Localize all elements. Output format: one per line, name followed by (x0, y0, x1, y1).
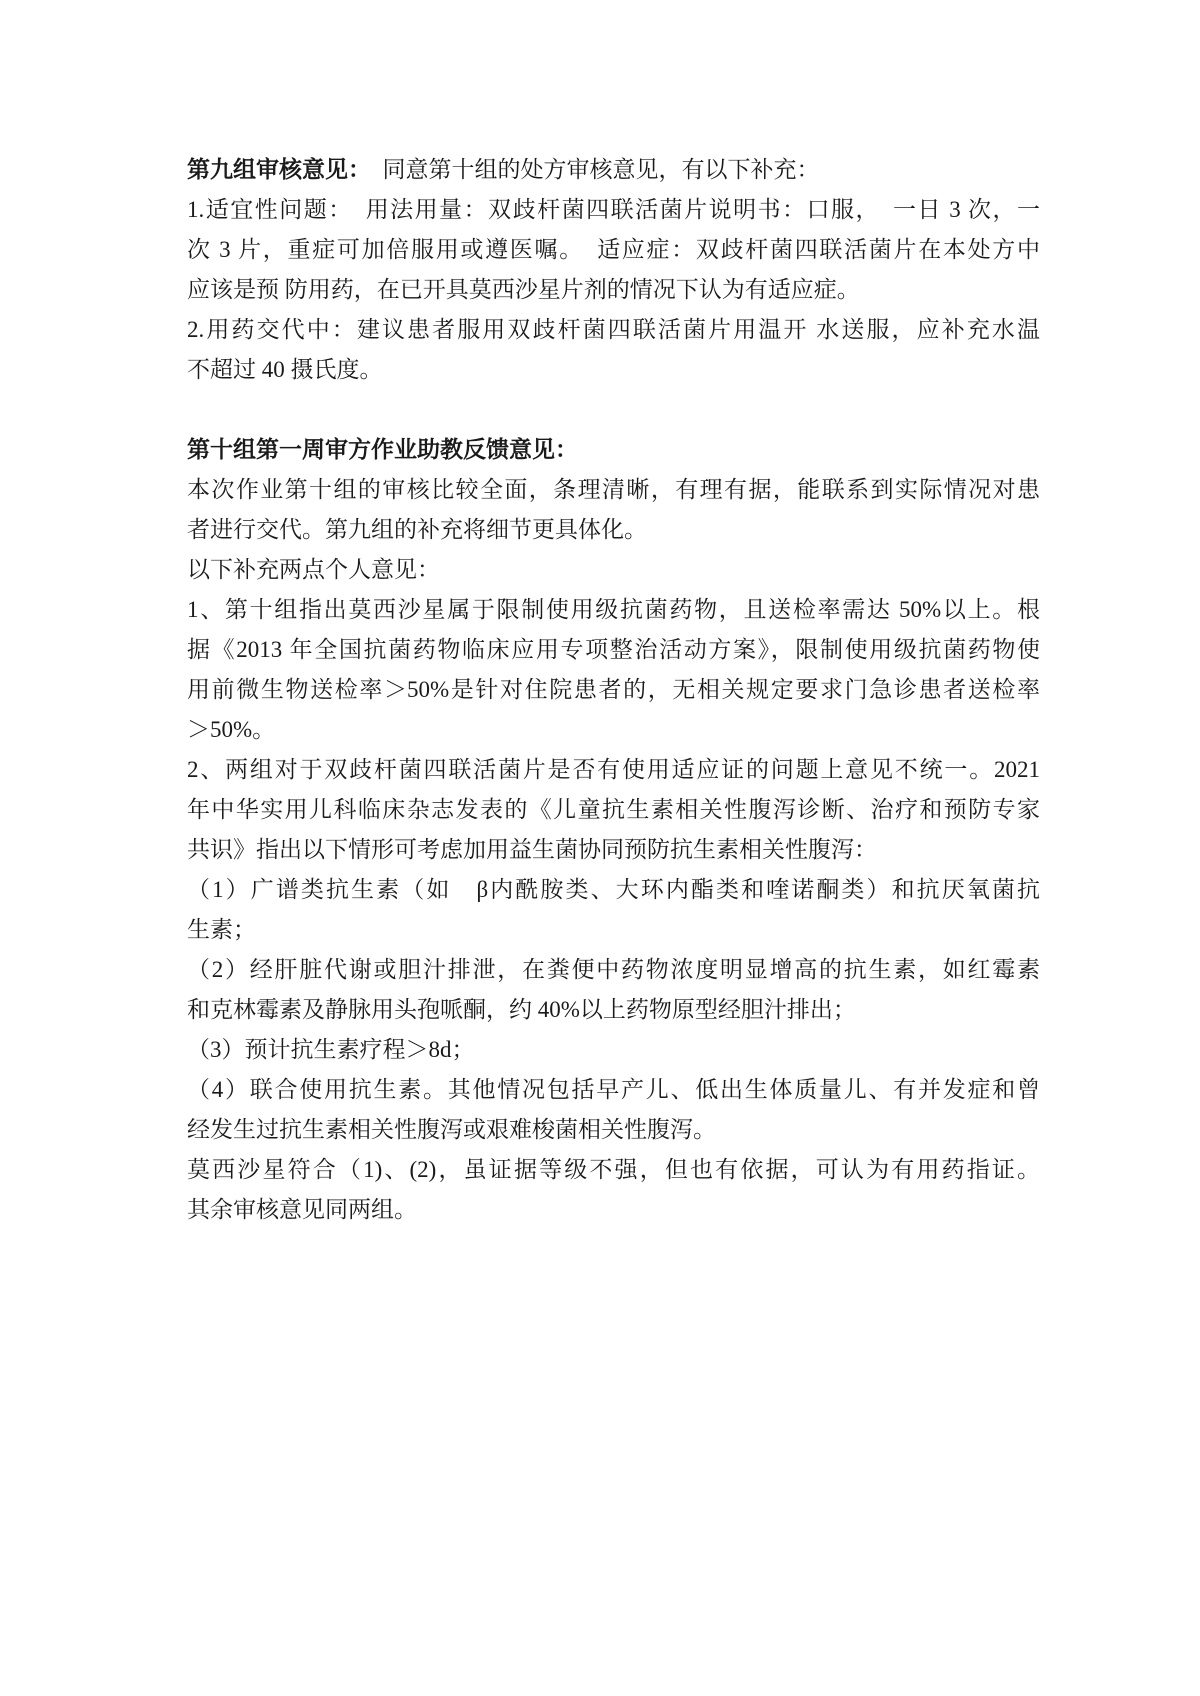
text-line: 不超过 40 摄氏度。 (187, 350, 1040, 390)
text-line: 1、第十组指出莫西沙星属于限制使用级抗菌药物，且送检率需达 50%以上。根 (187, 590, 1040, 630)
text-line: 其余审核意见同两组。 (187, 1190, 1040, 1230)
text-line: 2.用药交代中：建议患者服用双歧杆菌四联活菌片用温开 水送服，应补充水温 (187, 310, 1040, 350)
body-text: 莫西沙星符合（1)、(2)，虽证据等级不强，但也有依据，可认为有用药指证。 (187, 1157, 1040, 1182)
body-text: （4）联合使用抗生素。其他情况包括早产儿、低出生体质量儿、有并发症和曾 (187, 1077, 1040, 1102)
body-text: 2、两组对于双歧杆菌四联活菌片是否有使用适应证的问题上意见不统一。2021 (187, 757, 1040, 782)
body-text: （2）经肝脏代谢或胆汁排泄，在粪便中药物浓度明显增高的抗生素，如红霉素 (187, 957, 1040, 982)
text-line: 1.适宜性问题： 用法用量：双歧杆菌四联活菌片说明书：口服， 一日 3 次，一 (187, 190, 1040, 230)
body-text: 年中华实用儿科临床杂志发表的《儿童抗生素相关性腹泻诊断、治疗和预防专家 (187, 797, 1040, 822)
text-line: （4）联合使用抗生素。其他情况包括早产儿、低出生体质量儿、有并发症和曾 (187, 1070, 1040, 1110)
body-text: 以下补充两点个人意见： (187, 557, 440, 582)
text-line: 和克林霉素及静脉用头孢哌酮，约 40%以上药物原型经胆汁排出； (187, 990, 1040, 1030)
body-text: 不超过 40 摄氏度。 (187, 357, 383, 382)
body-text: 者进行交代。第九组的补充将细节更具体化。 (187, 517, 647, 542)
text-line: 应该是预 防用药，在已开具莫西沙星片剂的情况下认为有适应症。 (187, 270, 1040, 310)
text-line: 者进行交代。第九组的补充将细节更具体化。 (187, 510, 1040, 550)
text-line: 第九组审核意见： 同意第十组的处方审核意见，有以下补充： (187, 150, 1040, 190)
document-page: 第九组审核意见： 同意第十组的处方审核意见，有以下补充：1.适宜性问题： 用法用… (0, 0, 1200, 1696)
body-text: 共识》指出以下情形可考虑加用益生菌协同预防抗生素相关性腹泻： (187, 837, 877, 862)
text-line: 年中华实用儿科临床杂志发表的《儿童抗生素相关性腹泻诊断、治疗和预防专家 (187, 790, 1040, 830)
text-line: 2、两组对于双歧杆菌四联活菌片是否有使用适应证的问题上意见不统一。2021 (187, 750, 1040, 790)
body-text: 同意第十组的处方审核意见，有以下补充： (360, 157, 820, 182)
text-line: （3）预计抗生素疗程＞8d； (187, 1030, 1040, 1070)
text-line: （1）广谱类抗生素（如 β内酰胺类、大环内酯类和喹诺酮类）和抗厌氧菌抗 (187, 870, 1040, 910)
body-text: （3）预计抗生素疗程＞8d； (187, 1037, 475, 1062)
text-line: 用前微生物送检率＞50%是针对住院患者的，无相关规定要求门急诊患者送检率 (187, 670, 1040, 710)
text-line: 经发生过抗生素相关性腹泻或艰难梭菌相关性腹泻。 (187, 1110, 1040, 1150)
text-line: ＞50%。 (187, 710, 1040, 750)
text-line: 共识》指出以下情形可考虑加用益生菌协同预防抗生素相关性腹泻： (187, 830, 1040, 870)
body-text: 本次作业第十组的审核比较全面，条理清晰，有理有据，能联系到实际情况对患 (187, 477, 1040, 502)
text-line: 次 3 片，重症可加倍服用或遵医嘱。 适应症：双歧杆菌四联活菌片在本处方中 (187, 230, 1040, 270)
heading-text: 第九组审核意见： (187, 157, 360, 182)
body-text: 1、第十组指出莫西沙星属于限制使用级抗菌药物，且送检率需达 50%以上。根 (187, 597, 1040, 622)
text-line: 以下补充两点个人意见： (187, 550, 1040, 590)
text-line: 据《2013 年全国抗菌药物临床应用专项整治活动方案》，限制使用级抗菌药物使 (187, 630, 1040, 670)
text-line: 第十组第一周审方作业助教反馈意见： (187, 430, 1040, 470)
body-text: 用前微生物送检率＞50%是针对住院患者的，无相关规定要求门急诊患者送检率 (187, 677, 1040, 702)
body-text: 生素； (187, 917, 256, 942)
body-text: 2.用药交代中：建议患者服用双歧杆菌四联活菌片用温开 水送服，应补充水温 (187, 317, 1040, 342)
blank-line (187, 390, 1040, 430)
body-text: 应该是预 防用药，在已开具莫西沙星片剂的情况下认为有适应症。 (187, 277, 860, 302)
body-text: 其余审核意见同两组。 (187, 1197, 417, 1222)
text-line: 生素； (187, 910, 1040, 950)
body-text: 经发生过抗生素相关性腹泻或艰难梭菌相关性腹泻。 (187, 1117, 716, 1142)
text-line: （2）经肝脏代谢或胆汁排泄，在粪便中药物浓度明显增高的抗生素，如红霉素 (187, 950, 1040, 990)
heading-text: 第十组第一周审方作业助教反馈意见： (187, 437, 578, 462)
body-text: 1.适宜性问题： 用法用量：双歧杆菌四联活菌片说明书：口服， 一日 3 次，一 (187, 197, 1040, 222)
body-text: 和克林霉素及静脉用头孢哌酮，约 40%以上药物原型经胆汁排出； (187, 997, 856, 1022)
body-text: 据《2013 年全国抗菌药物临床应用专项整治活动方案》，限制使用级抗菌药物使 (187, 637, 1040, 662)
body-text: 次 3 片，重症可加倍服用或遵医嘱。 适应症：双歧杆菌四联活菌片在本处方中 (187, 237, 1040, 262)
body-text: （1）广谱类抗生素（如 β内酰胺类、大环内酯类和喹诺酮类）和抗厌氧菌抗 (187, 877, 1040, 902)
body-text: ＞50%。 (187, 717, 275, 742)
text-block: 第九组审核意见： 同意第十组的处方审核意见，有以下补充：1.适宜性问题： 用法用… (187, 150, 1040, 1230)
text-line: 本次作业第十组的审核比较全面，条理清晰，有理有据，能联系到实际情况对患 (187, 470, 1040, 510)
text-line: 莫西沙星符合（1)、(2)，虽证据等级不强，但也有依据，可认为有用药指证。 (187, 1150, 1040, 1190)
